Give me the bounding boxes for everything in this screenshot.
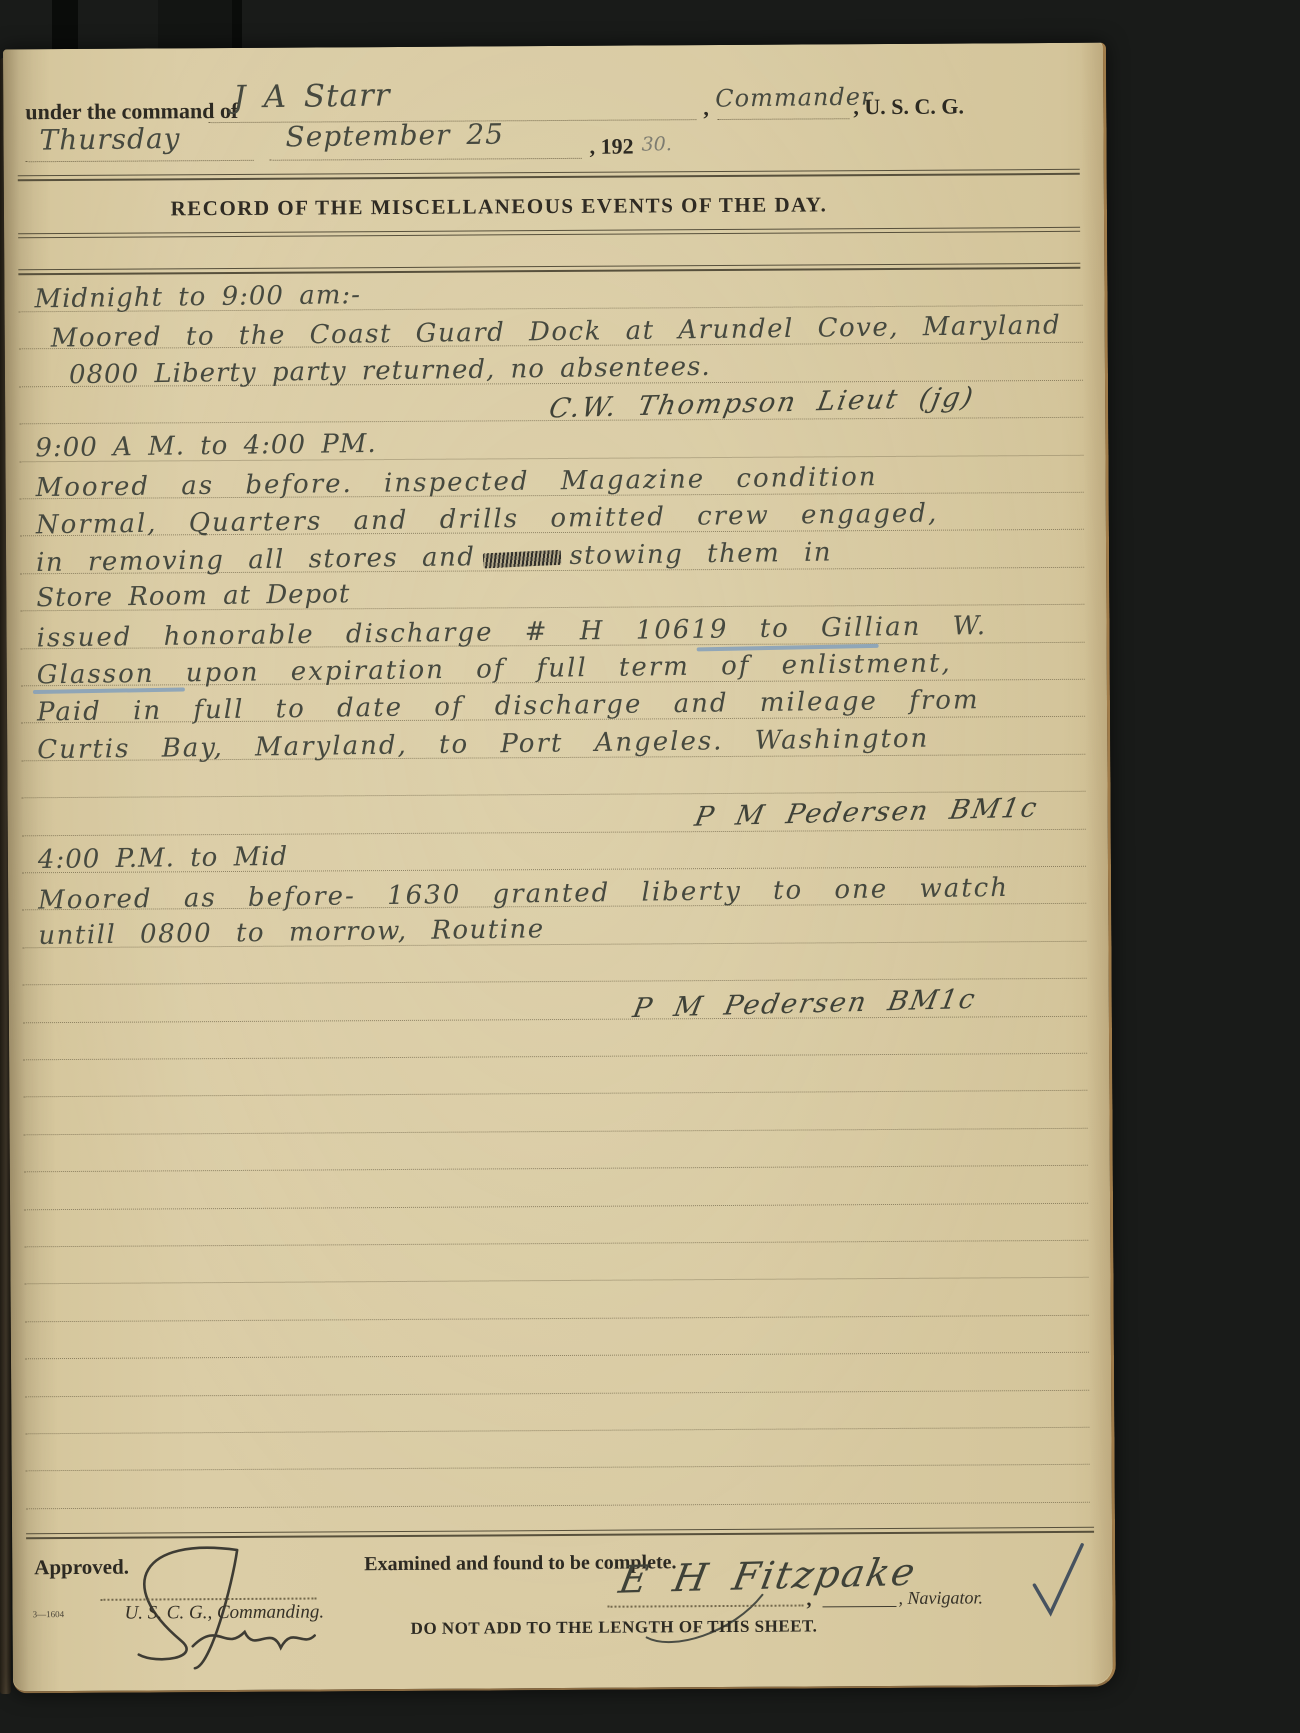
year-printed-label: , 192 xyxy=(590,134,634,160)
do-not-add-label: DO NOT ADD TO THE LENGTH OF THIS SHEET. xyxy=(411,1616,818,1638)
signature-thompson: C.W. Thompson Lieut (jg) xyxy=(546,381,977,426)
binding-shadow-streak xyxy=(158,0,238,54)
log-line-with-scribble: in removing all stores andstowing them i… xyxy=(36,536,832,580)
ruled-line xyxy=(26,1502,1090,1509)
ruled-line xyxy=(23,1090,1087,1097)
comma: , xyxy=(806,1588,811,1611)
rank-handwritten: Commander xyxy=(715,80,874,116)
year-handwritten: 30. xyxy=(641,127,672,161)
log-line: 0800 Liberty party returned, no absentee… xyxy=(69,350,711,392)
comma: , xyxy=(703,95,709,121)
date-blank-line xyxy=(270,158,582,161)
service-suffix-label: , U. S. C. G. xyxy=(853,94,964,121)
rank-blank-line xyxy=(717,118,849,120)
weekday-blank-line xyxy=(26,160,254,162)
commander-name-handwritten: J A Starr xyxy=(233,78,391,114)
weekday-handwritten: Thursday xyxy=(39,122,180,158)
ruled-line xyxy=(23,1053,1087,1060)
page-title: RECORD OF THE MISCELLANEOUS EVENTS OF TH… xyxy=(4,191,994,222)
ruled-line xyxy=(25,1352,1089,1359)
log-line-watch-1-header: Midnight to 9:00 am:- xyxy=(34,278,361,316)
scanned-logbook-photo: { "header": { "command_prefix": "under t… xyxy=(0,0,1300,1733)
log-line: untill 0800 to morrow, Routine xyxy=(38,912,545,953)
ruled-line xyxy=(22,828,1086,835)
binding-shadow-streak xyxy=(52,0,78,50)
scribbled-out-word xyxy=(483,550,562,569)
ruled-line xyxy=(26,1464,1090,1471)
ruled-line xyxy=(25,1427,1089,1434)
ruled-line xyxy=(25,1389,1089,1396)
log-line-watch-2-header: 9:00 A M. to 4:00 PM. xyxy=(35,427,377,465)
ruled-line xyxy=(24,1202,1088,1209)
ruled-line xyxy=(24,1128,1088,1135)
ruled-line xyxy=(25,1277,1089,1284)
logbook-page: under the command of J A Starr , Command… xyxy=(3,43,1116,1694)
signature-pedersen-2: P M Pedersen BM1c xyxy=(630,983,979,1026)
form-number: 3—1604 xyxy=(33,1609,65,1619)
log-line-watch-3-header: 4:00 P.M. to Mid xyxy=(38,840,289,877)
navigator-blank-line xyxy=(823,1606,897,1607)
ruled-line xyxy=(25,1315,1089,1322)
check-mark xyxy=(1024,1539,1089,1623)
commanding-label: U. S. C. G., Commanding. xyxy=(124,1601,324,1624)
command-prefix-label: under the command of xyxy=(25,98,238,125)
date-handwritten: September 25 xyxy=(285,118,504,155)
navigator-label: , Navigator. xyxy=(898,1587,983,1609)
ruled-line xyxy=(24,1165,1088,1172)
navigator-signature-handwritten: E H Fitzpake xyxy=(617,1555,920,1597)
log-line: Curtis Bay, Maryland, to Port Angeles. W… xyxy=(37,722,929,768)
log-line: Moored to the Coast Guard Dock at Arunde… xyxy=(51,308,1062,355)
ruled-line xyxy=(24,1240,1088,1247)
log-line: Moored as before- 1630 granted liberty t… xyxy=(38,871,1009,918)
log-line: Store Room at Depot xyxy=(36,577,350,615)
